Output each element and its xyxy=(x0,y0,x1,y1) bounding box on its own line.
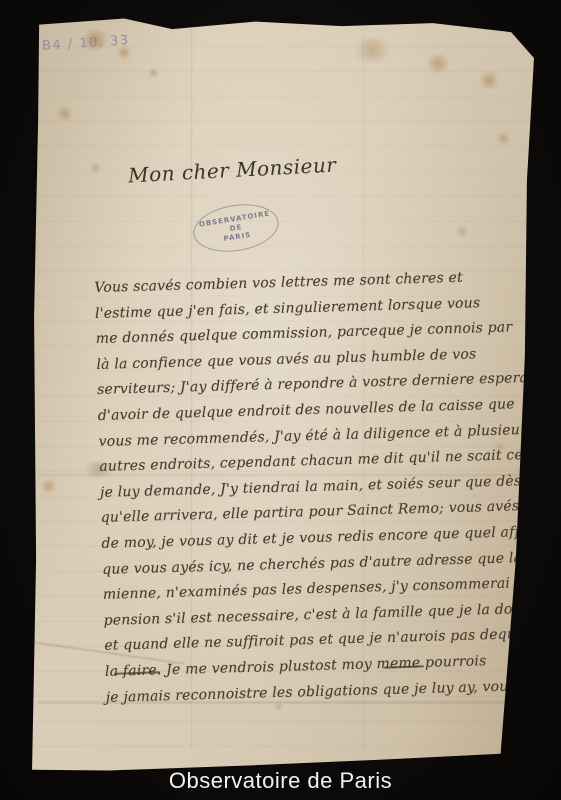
salutation: Mon cher Monsieur xyxy=(128,153,337,188)
foxing-stain xyxy=(42,476,55,496)
photo-background: B4 / 10. 33 OBSERVATOIRE DE PARIS Mon ch… xyxy=(0,0,561,800)
observatoire-stamp: OBSERVATOIRE DE PARIS xyxy=(190,199,282,258)
foxing-stain xyxy=(496,132,511,145)
shelfmark-annotation: B4 / 10. 33 xyxy=(42,33,131,54)
foxing-stain xyxy=(56,106,73,121)
foxing-stain xyxy=(148,68,159,78)
letter-page: B4 / 10. 33 OBSERVATOIRE DE PARIS Mon ch… xyxy=(28,14,534,772)
foxing-stain xyxy=(424,54,452,73)
foxing-stain xyxy=(90,162,101,173)
caption: Observatoire de Paris xyxy=(0,768,561,794)
foxing-stain xyxy=(478,72,500,89)
stamp-line-3: PARIS xyxy=(223,230,252,243)
letter-body: Vous scavés combien vos lettres me sont … xyxy=(94,264,526,711)
foxing-stain xyxy=(456,226,469,237)
foxing-stain xyxy=(350,38,394,62)
